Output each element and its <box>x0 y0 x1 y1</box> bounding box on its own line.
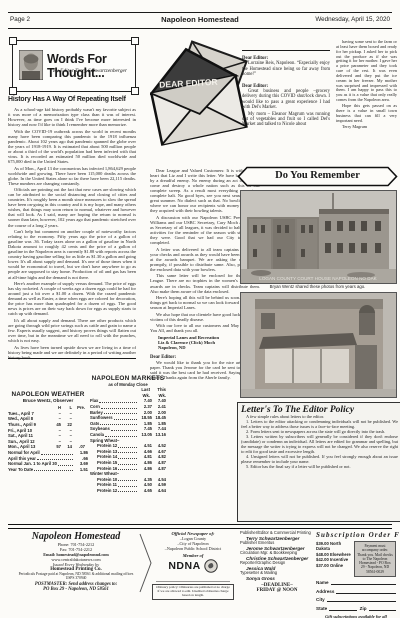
letter2-signature: Terry Magrum <box>336 125 397 130</box>
letter-paragraph: Hope this gets passed on as there is a v… <box>336 104 397 123</box>
zip-field-label: Zip <box>360 606 367 611</box>
footer-contact-block: Napoleon Homestead Phone: 701-754-2212 F… <box>12 531 140 592</box>
article-paragraph: As a school-age kid history probably was… <box>8 107 136 127</box>
staff-entry: Typesetter & Mailing Sonya Gross <box>240 571 314 581</box>
official-newspaper-item: –Napoleon Public School District <box>152 546 234 551</box>
state-field-blank <box>329 610 356 611</box>
footer-rule <box>8 524 392 529</box>
footer-postmaster-address: PO Box 29 - Napoleon, ND 58561 <box>12 587 140 592</box>
markets-table: NAPOLEON MARKETS as of Monday Close Last… <box>90 376 166 493</box>
obituary-policy-note: Obituary policy: Obituaries are publishe… <box>152 584 234 600</box>
letter-paragraph: having some sent to the farm or at least… <box>336 40 397 103</box>
name-field-blank <box>331 584 396 585</box>
markets-spring-rows: Protein 12 4.51 4.52 Protein 13 4.66 4.6… <box>90 443 166 471</box>
header-rule <box>8 28 392 29</box>
markets-col-last: Last Wk. <box>134 387 150 398</box>
article-body: As a school-age kid history probably was… <box>8 107 136 361</box>
weather-rows: Tues., April 7 – – Wed., April 8 – – Thu… <box>8 411 88 450</box>
photo-caption: Bryan Wentz shared these photos from yea… <box>240 284 395 289</box>
frame-corner-icon <box>9 37 17 45</box>
footer-official-block: Official Newspaper of: –Logan County–Cit… <box>152 531 234 600</box>
letter1-body: Lorraine Reis, Napoleon. “Especially enj… <box>242 61 330 77</box>
article-paragraph: Officials are pointing out the fact that… <box>8 187 136 227</box>
article-paragraph: It's all about supply and demand. There … <box>8 318 136 343</box>
article-headline: History Has A Way Of Repeating Itself <box>8 96 126 103</box>
markets-col-this: This Wk. <box>150 387 166 398</box>
markets-rows: Flax 7.40 7.40 Corn 2.37 2.41 Barley 2.0… <box>90 398 166 437</box>
issue-date: Wednesday, April 15, 2020 <box>315 16 390 23</box>
member-of-label: Member of <box>152 553 234 558</box>
footer-paper-name: Napoleon Homestead <box>12 531 140 542</box>
policy-rule: 5. Editor has the final say if a letter … <box>241 465 398 470</box>
subscription-rate: $37.00 Online <box>316 563 352 568</box>
letters-column-a: Dear Editor: Lorraine Reis, Napoleon. “E… <box>242 56 330 129</box>
footer-usps: USPS 370940 <box>12 576 140 581</box>
article-paragraph: As of Mon., April 13 the coronavirus has… <box>8 166 136 186</box>
state-field-label: State <box>316 606 327 611</box>
subscription-form: Subscription Order Form $39.00 North Dak… <box>316 531 396 618</box>
do-you-remember-title: Do You Remember <box>237 170 398 181</box>
subscription-rate: $39.00 North Dakota <box>316 541 352 552</box>
subscription-rates: $39.00 North Dakota$48.00 Elsewhere$42.0… <box>316 541 352 577</box>
address-field-blank <box>336 593 396 594</box>
staff-list: Publisher/Editor & Commercial Printing T… <box>240 531 314 581</box>
address-field-label: Address <box>316 589 334 594</box>
article-paragraph: Here's another example of supply versus … <box>8 281 136 316</box>
payment-note: Payment must accompany order. Thank you.… <box>354 541 396 577</box>
letter-paragraph: My mom – Eleanor Magrum was running out … <box>242 112 330 128</box>
weather-summary-row: Year To Date 1.51 <box>8 467 88 473</box>
ndna-seal-icon <box>204 559 218 573</box>
name-field-label: Name <box>316 580 329 585</box>
footer-staff-block: Publisher/Editor & Commercial Printing T… <box>240 531 314 593</box>
zip-field-blank <box>369 610 396 611</box>
markets-row: Protein 12 4.65 4.64 <box>97 488 166 494</box>
dear-editor-envelope-icon: DEAR EDITOR <box>150 40 256 164</box>
column-title: Words For Thought... <box>47 52 135 80</box>
weather-observer: Bruce Wentz, Observer <box>8 398 88 404</box>
top-rule <box>8 12 392 13</box>
weather-title: NAPOLEON WEATHER <box>8 392 88 398</box>
weather-col-precip: Pre. <box>72 405 85 411</box>
markets-winter-rows: Protein 10 4.35 4.54 Protein 11 4.50 4.5… <box>90 477 166 494</box>
article-paragraph: Can't help but comment on another couple… <box>8 229 136 279</box>
gift-note: Gift subscriptions available for all occ… <box>316 614 396 618</box>
column-byline: By Editor Terry Schwartzenberger <box>53 68 127 74</box>
historic-courthouse-photo: LOGAN COUNTY COURT HOUSE NAPOLEON NO DAK <box>240 190 397 284</box>
policy-rules: 1. Letters to the editor attacking or co… <box>241 420 398 470</box>
words-for-thought-box: Words For Thought... By Editor Terry Sch… <box>12 40 136 92</box>
letters-policy-box: Letter's To The Editor Policy A few simp… <box>237 402 400 522</box>
photo-embedded-caption: LOGAN COUNTY COURT HOUSE NAPOLEON NO DAK <box>259 276 377 281</box>
frame-corner-icon <box>9 87 17 95</box>
ndna-logo: NDNA <box>168 560 200 572</box>
official-newspaper-list: –Logan County–City of Napoleon–Napoleon … <box>152 536 234 551</box>
deadline-value: FRIDAY @ NOON <box>240 588 314 593</box>
letters-rule <box>242 50 330 51</box>
article-end-rule <box>8 358 136 359</box>
subscription-title: Subscription Order Form <box>316 531 396 539</box>
weather-table: NAPOLEON WEATHER Bruce Wentz, Observer H… <box>8 392 88 472</box>
letters-column-b: having some sent to the farm or at least… <box>336 40 397 130</box>
frame-corner-icon <box>131 87 139 95</box>
letter-paragraph: Great business and people –grocery deliv… <box>242 89 330 110</box>
article-paragraph: With the COVID-19 outbreak across the wo… <box>8 129 136 164</box>
newspaper-page: Page 2 Napoleon Homestead Wednesday, Apr… <box>0 0 400 618</box>
frame-corner-icon <box>131 37 139 45</box>
editor-portrait <box>19 50 43 80</box>
historic-storefront-photo <box>240 292 397 398</box>
city-field-label: City <box>316 597 325 602</box>
policy-rule: 3. Letters written by subscribers will g… <box>241 435 398 455</box>
subscription-rate: $42.00 Incentive <box>316 557 352 562</box>
weather-summary: Normal for April 1.86 April this year .6… <box>8 450 88 472</box>
city-field-blank <box>327 601 396 602</box>
